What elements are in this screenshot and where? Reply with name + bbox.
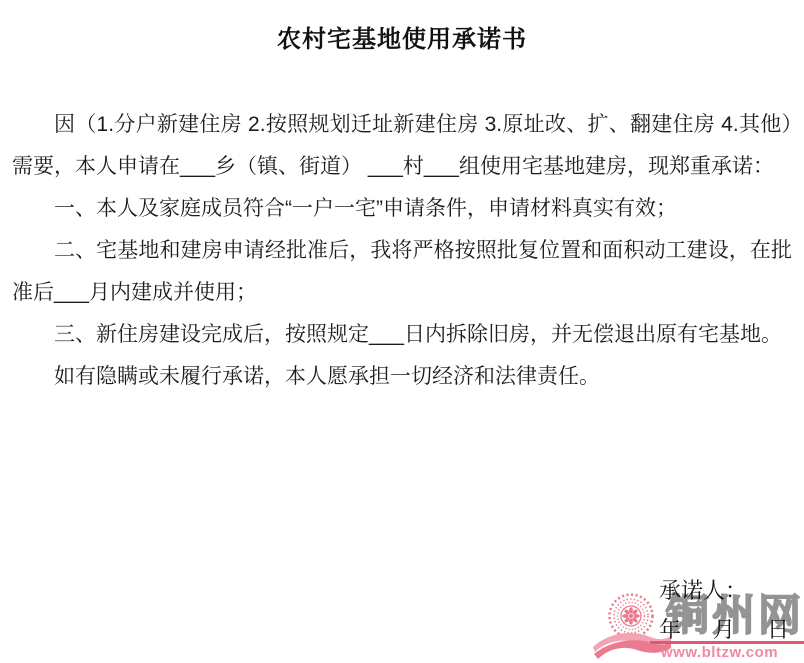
document-body: 因（1.分户新建住房 2.按照规划迁址新建住房 3.原址改、扩、翻建住房 4.其… [12,104,792,398]
logo-flower-icon [622,607,639,624]
watermark-url: www.bltzw.com [661,644,778,661]
paragraph-clause-2: 二、宅基地和建房申请经批准后，我将严格按照批复位置和面积动工建设，在批准后___… [12,230,792,314]
date-year-label: 年 [659,616,681,644]
date-month-label: 月 [713,616,735,644]
paragraph-liability: 如有隐瞒或未履行承诺，本人愿承担一切经济和法律责任。 [12,356,792,398]
document-title: 农村宅基地使用承诺书 [0,0,804,55]
paragraph-intro: 因（1.分户新建住房 2.按照规划迁址新建住房 3.原址改、扩、翻建住房 4.其… [12,104,792,188]
date-day-label: 日 [767,616,789,644]
promiser-label: 承诺人： [659,577,789,605]
document-page: 农村宅基地使用承诺书 因（1.分户新建住房 2.按照规划迁址新建住房 3.原址改… [0,0,804,663]
paragraph-clause-3: 三、新住房建设完成后，按照规定___日内拆除旧房，并无偿退出原有宅基地。 [12,314,792,356]
date-row: 年 月 日 [659,616,789,644]
signature-block: 承诺人： 年 月 日 [659,577,789,644]
paragraph-clause-1: 一、本人及家庭成员符合“一户一宅”申请条件，申请材料真实有效； [12,188,792,230]
